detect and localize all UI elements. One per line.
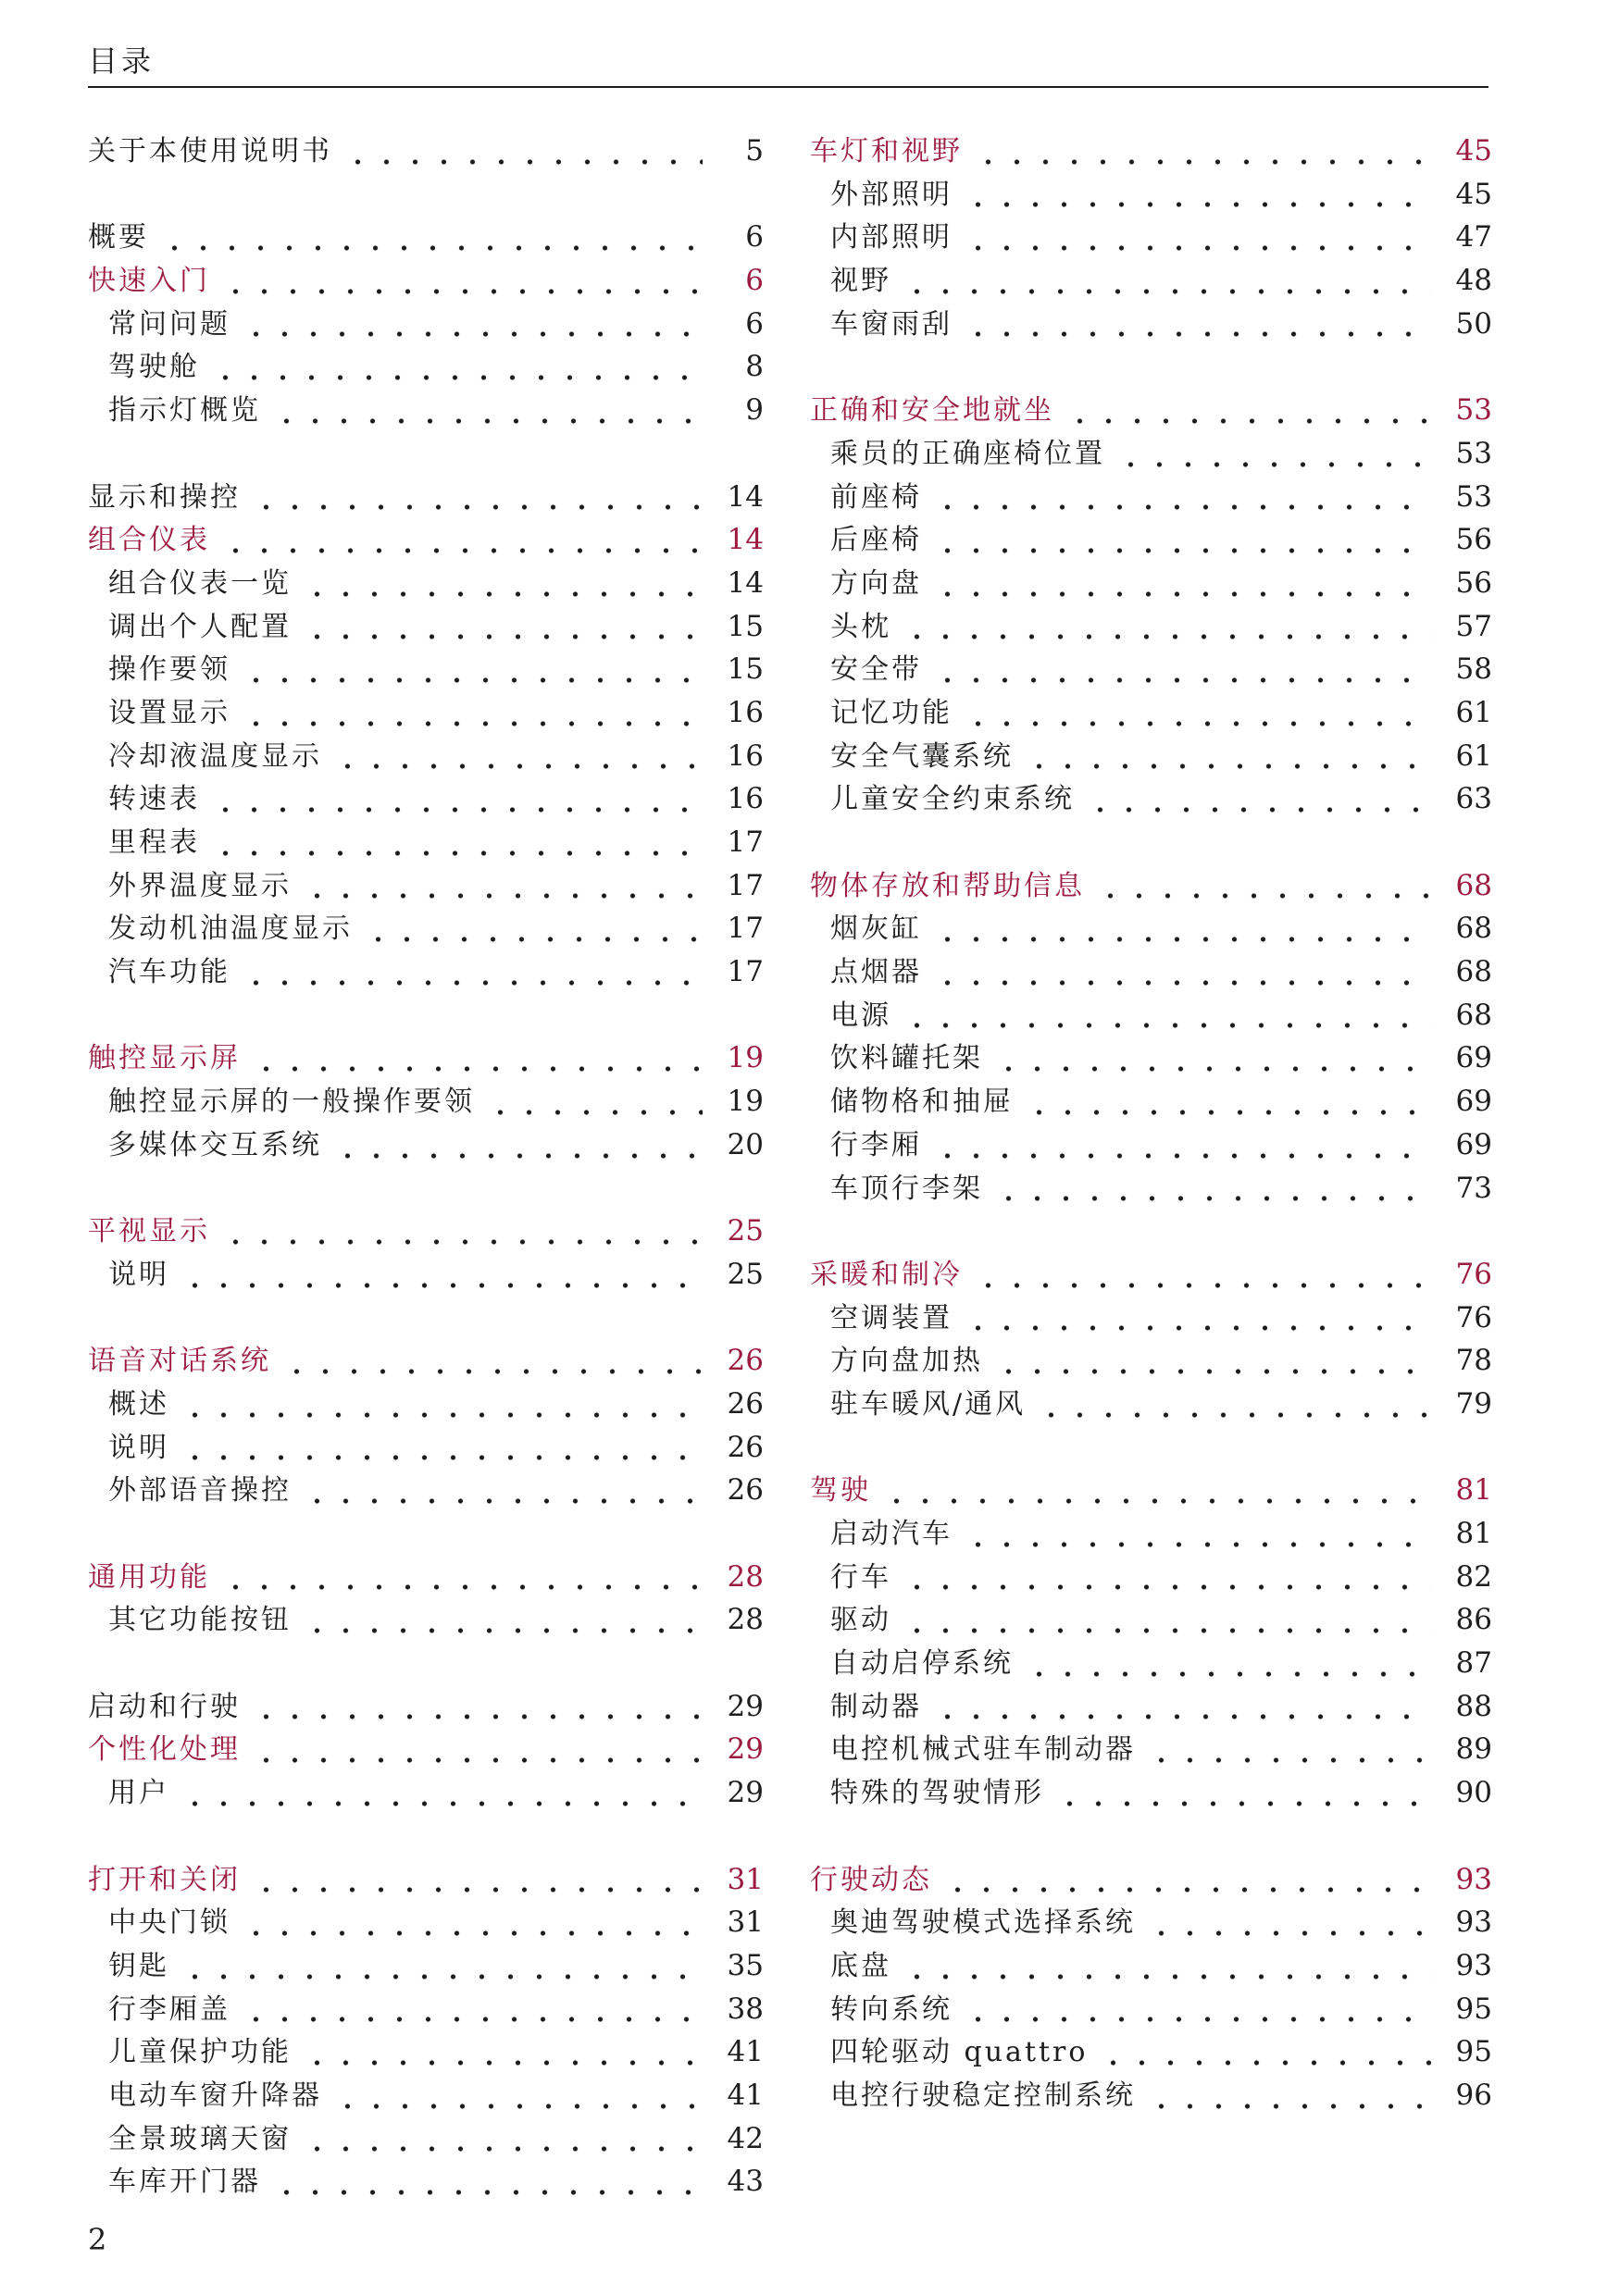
toc-entry: 正确和安全地就坐53 [810, 389, 1492, 432]
dot-leader [242, 2017, 703, 2022]
dot-leader [221, 1239, 703, 1245]
toc-entry-page: 6 [716, 216, 764, 259]
toc-entry-page: 5 [716, 130, 764, 173]
toc-entry-title: 车顶行李架 [830, 1168, 983, 1211]
dot-leader [181, 1455, 703, 1460]
toc-entry-title: 储物格和抽屉 [830, 1081, 1014, 1124]
dot-leader [964, 1542, 1431, 1547]
dot-leader [974, 1283, 1431, 1288]
toc-entry-title: 前座椅 [830, 477, 922, 520]
toc-entry: 外部照明45 [810, 173, 1492, 217]
toc-entry-page: 29 [716, 1771, 764, 1815]
toc-entry-title: 空调装置 [830, 1297, 953, 1341]
dot-leader [903, 634, 1431, 639]
toc-entry: 空调装置76 [810, 1297, 1492, 1340]
toc-entry-page: 90 [1444, 1771, 1492, 1815]
toc-entry: 快速入门6 [88, 259, 764, 303]
toc-entry-page: 19 [716, 1080, 764, 1123]
dot-leader [964, 1325, 1431, 1331]
toc-entry-page: 25 [716, 1253, 764, 1297]
dot-leader [964, 202, 1431, 207]
dot-leader [1099, 2060, 1431, 2066]
toc-entry: 指示灯概览9 [88, 389, 764, 432]
toc-entry-page: 26 [716, 1339, 764, 1383]
toc-entry-title: 底盘 [830, 1945, 891, 1989]
dot-leader [343, 159, 703, 165]
toc-entry: 多媒体交互系统20 [88, 1123, 764, 1167]
toc-entry-page: 17 [716, 821, 764, 864]
toc-entry: 点烟器68 [810, 950, 1492, 994]
toc-entry-page: 69 [1444, 1123, 1492, 1167]
toc-entry-page: 45 [1444, 173, 1492, 217]
toc-entry-title: 物体存放和帮助信息 [810, 865, 1085, 909]
toc-entry-title: 启动汽车 [830, 1513, 953, 1557]
dot-leader [994, 1066, 1431, 1072]
toc-entry-page: 26 [716, 1426, 764, 1470]
toc-entry-title: 外界温度显示 [108, 865, 292, 909]
dot-leader [242, 677, 703, 683]
toc-entry-title: 通用功能 [88, 1557, 210, 1600]
toc-entry: 车库开门器43 [88, 2160, 764, 2203]
toc-entry-page: 68 [1444, 907, 1492, 950]
toc-entry-title: 行李厢盖 [108, 1989, 230, 2032]
toc-entry: 组合仪表14 [88, 518, 764, 562]
toc-entry-title: 车库开门器 [108, 2161, 261, 2204]
toc-entry: 其它功能按钮28 [88, 1598, 764, 1642]
toc-entry-page: 41 [716, 2030, 764, 2074]
toc-entry: 关于本使用说明书5 [88, 130, 764, 173]
toc-entry-page: 14 [716, 518, 764, 562]
toc-entry: 发动机油温度显示17 [88, 907, 764, 950]
toc-entry-page: 79 [1444, 1383, 1492, 1426]
toc-entry: 转速表16 [88, 777, 764, 821]
toc-entry: 乘员的正确座椅位置53 [810, 432, 1492, 476]
toc-entry: 驾驶81 [810, 1469, 1492, 1512]
toc-entry-page: 56 [1444, 562, 1492, 605]
toc-group: 触控显示屏19触控显示屏的一般操作要领19多媒体交互系统20 [88, 1036, 764, 1166]
toc-entry-page: 17 [716, 864, 764, 908]
toc-entry: 安全带58 [810, 648, 1492, 691]
toc-entry-page: 61 [1444, 735, 1492, 778]
toc-entry-title: 常问问题 [108, 304, 230, 347]
toc-entry-title: 奥迪驾驶模式选择系统 [830, 1902, 1136, 1945]
toc-entry-page: 53 [1444, 432, 1492, 476]
dot-leader [252, 1066, 703, 1072]
toc-entry: 驾驶舱8 [88, 345, 764, 389]
toc-entry-page: 38 [716, 1988, 764, 2031]
dot-leader [252, 1887, 703, 1893]
toc-entry-title: 调出个人配置 [108, 606, 292, 650]
toc-entry-title: 乘员的正确座椅位置 [830, 433, 1105, 477]
toc-entry-page: 76 [1444, 1253, 1492, 1297]
toc-group: 平视显示25说明25 [88, 1210, 764, 1296]
toc-column-left: 关于本使用说明书5概要6快速入门6常问问题6驾驶舱8指示灯概览9显示和操控14组… [88, 130, 764, 2247]
toc-entry-title: 用户 [108, 1772, 169, 1816]
toc-entry-title: 安全带 [830, 649, 922, 692]
toc-group: 启动和行驶29个性化处理29用户29 [88, 1685, 764, 1815]
toc-entry-title: 四轮驱动 quattro [830, 2031, 1088, 2075]
dot-leader [486, 1110, 703, 1115]
dot-leader [252, 1714, 703, 1719]
toc-entry: 说明26 [88, 1426, 764, 1470]
dot-leader [933, 1714, 1431, 1719]
toc-entry-page: 9 [716, 389, 764, 432]
dot-leader [964, 2017, 1431, 2022]
toc-entry: 说明25 [88, 1253, 764, 1297]
page-title: 目录 [88, 43, 155, 80]
toc-entry: 储物格和抽屉69 [810, 1080, 1492, 1123]
toc-entry-page: 53 [1444, 476, 1492, 519]
dot-leader [933, 1153, 1431, 1159]
toc-entry: 奥迪驾驶模式选择系统93 [810, 1901, 1492, 1944]
toc-entry-title: 显示和操控 [88, 477, 241, 520]
toc-entry: 物体存放和帮助信息68 [810, 864, 1492, 908]
dot-leader [211, 807, 703, 813]
page-number: 2 [88, 2221, 106, 2258]
toc-entry-title: 车窗雨刮 [830, 304, 953, 347]
toc-entry-title: 关于本使用说明书 [88, 130, 332, 174]
toc-entry-page: 19 [716, 1036, 764, 1080]
dot-leader [211, 850, 703, 856]
toc-entry: 电控机械式驻车制动器89 [810, 1728, 1492, 1771]
dot-leader [221, 289, 703, 294]
toc-entry-title: 饮料罐托架 [830, 1037, 983, 1081]
dot-leader [303, 1628, 703, 1633]
toc-entry-page: 15 [716, 648, 764, 691]
toc-entry: 调出个人配置15 [88, 605, 764, 649]
toc-entry-page: 16 [716, 691, 764, 735]
toc-entry-title: 里程表 [108, 822, 200, 865]
dot-leader [252, 1757, 703, 1763]
toc-entry-page: 20 [716, 1123, 764, 1167]
toc-entry-title: 视野 [830, 260, 891, 304]
dot-leader [1086, 807, 1431, 813]
toc-entry-page: 25 [716, 1210, 764, 1253]
toc-entry: 行李厢盖38 [88, 1988, 764, 2031]
dot-leader [272, 2190, 703, 2195]
toc-entry-title: 组合仪表 [88, 519, 210, 563]
dot-leader [933, 937, 1431, 942]
toc-entry-page: 17 [716, 950, 764, 994]
dot-leader [903, 1584, 1431, 1590]
toc-entry-page: 68 [1444, 950, 1492, 994]
dot-leader [221, 548, 703, 553]
dot-leader [1096, 893, 1431, 899]
toc-entry: 设置显示16 [88, 691, 764, 735]
toc-entry: 视野48 [810, 259, 1492, 303]
toc-entry-page: 6 [716, 259, 764, 303]
toc-entry-title: 打开和关闭 [88, 1859, 241, 1903]
dot-leader [1065, 418, 1431, 424]
dot-leader [933, 548, 1431, 553]
toc-entry-title: 采暖和制冷 [810, 1254, 963, 1297]
toc-entry: 后座椅56 [810, 518, 1492, 562]
dot-leader [1147, 1930, 1431, 1936]
toc-entry: 儿童保护功能41 [88, 2030, 764, 2074]
toc-entry-title: 中央门锁 [108, 1902, 230, 1945]
toc-entry: 操作要领15 [88, 648, 764, 691]
dot-leader [933, 504, 1431, 510]
toc-entry: 概要6 [88, 216, 764, 259]
toc-entry: 制动器88 [810, 1685, 1492, 1729]
toc-entry: 方向盘56 [810, 562, 1492, 605]
dot-leader [1116, 462, 1431, 467]
dot-leader [994, 1196, 1431, 1201]
toc-entry-page: 93 [1444, 1944, 1492, 1988]
toc-entry: 显示和操控14 [88, 476, 764, 519]
toc-entry-page: 16 [716, 735, 764, 778]
dot-leader [211, 375, 703, 380]
toc-entry: 安全气囊系统61 [810, 735, 1492, 778]
toc-entry-title: 车灯和视野 [810, 130, 963, 174]
toc-entry-page: 93 [1444, 1901, 1492, 1944]
toc-entry-title: 触控显示屏的一般操作要领 [108, 1081, 475, 1124]
toc-entry-page: 29 [716, 1728, 764, 1771]
toc-entry: 车顶行李架73 [810, 1167, 1492, 1210]
toc-entry-title: 内部照明 [830, 217, 953, 260]
toc-entry-page: 96 [1444, 2074, 1492, 2117]
toc-entry-page: 47 [1444, 216, 1492, 259]
dot-leader [1055, 1801, 1431, 1806]
toc-group: 正确和安全地就坐53乘员的正确座椅位置53前座椅53后座椅56方向盘56头枕57… [810, 389, 1492, 821]
dot-leader [181, 1412, 703, 1418]
toc-entry-title: 个性化处理 [88, 1729, 241, 1772]
toc-entry-page: 26 [716, 1469, 764, 1512]
toc-entry-title: 点烟器 [830, 951, 922, 995]
toc-entry-title: 冷却液温度显示 [108, 736, 322, 779]
toc-entry: 采暖和制冷76 [810, 1253, 1492, 1297]
toc-entry-title: 驾驶 [810, 1470, 871, 1513]
toc-entry-page: 31 [716, 1858, 764, 1902]
dot-leader [964, 721, 1431, 726]
toc-entry-page: 8 [716, 345, 764, 389]
toc-entry-title: 指示灯概览 [108, 390, 261, 433]
toc-entry-title: 制动器 [830, 1686, 922, 1730]
dot-leader [1037, 1412, 1431, 1418]
toc-entry-title: 汽车功能 [108, 951, 230, 995]
toc-entry: 钥匙35 [88, 1944, 764, 1988]
toc-entry: 打开和关闭31 [88, 1858, 764, 1902]
toc-entry-title: 发动机油温度显示 [108, 908, 353, 951]
toc-group: 驾驶81启动汽车81行车82驱动86自动启停系统87制动器88电控机械式驻车制动… [810, 1469, 1492, 1815]
toc-entry: 触控显示屏19 [88, 1036, 764, 1080]
toc-entry: 行李厢69 [810, 1123, 1492, 1167]
dot-leader [252, 504, 703, 510]
toc-entry: 用户29 [88, 1771, 764, 1815]
toc-entry-page: 48 [1444, 259, 1492, 303]
toc-entry-title: 概要 [88, 217, 149, 260]
toc-entry-title: 特殊的驾驶情形 [830, 1772, 1044, 1816]
toc-entry: 头枕57 [810, 605, 1492, 649]
toc-entry-page: 42 [716, 2117, 764, 2161]
toc-entry-title: 外部语音操控 [108, 1470, 292, 1513]
toc-entry: 特殊的驾驶情形90 [810, 1771, 1492, 1815]
toc-entry-page: 43 [716, 2160, 764, 2203]
dot-leader [181, 1974, 703, 1980]
toc-entry: 里程表17 [88, 821, 764, 864]
toc-entry: 饮料罐托架69 [810, 1036, 1492, 1080]
toc-entry: 个性化处理29 [88, 1728, 764, 1771]
toc-entry-page: 93 [1444, 1858, 1492, 1902]
toc-entry: 启动和行驶29 [88, 1685, 764, 1729]
dot-leader [1025, 1671, 1431, 1677]
dot-leader [160, 245, 703, 251]
dot-leader [1147, 2104, 1431, 2109]
toc-group: 通用功能28其它功能按钮28 [88, 1556, 764, 1642]
dot-leader [272, 418, 703, 424]
toc-entry: 电动车窗升降器41 [88, 2074, 764, 2117]
dot-leader [1147, 1757, 1431, 1763]
toc-entry-title: 概述 [108, 1384, 169, 1427]
toc-entry-title: 启动和行驶 [88, 1686, 241, 1730]
toc-entry: 底盘93 [810, 1944, 1492, 1988]
toc-entry-title: 头枕 [830, 606, 891, 650]
toc-entry-page: 87 [1444, 1642, 1492, 1685]
toc-entry-page: 28 [716, 1598, 764, 1642]
toc-entry-title: 外部照明 [830, 174, 953, 217]
dot-leader [181, 1283, 703, 1288]
toc-entry: 冷却液温度显示16 [88, 735, 764, 778]
toc-entry: 儿童安全约束系统63 [810, 777, 1492, 821]
toc-entry-title: 自动启停系统 [830, 1643, 1014, 1686]
toc-entry: 电控行驶稳定控制系统96 [810, 2074, 1492, 2117]
toc-entry-page: 14 [716, 562, 764, 605]
toc-entry-title: 行车 [830, 1557, 891, 1600]
dot-leader [242, 331, 703, 337]
toc-entry: 方向盘加热78 [810, 1339, 1492, 1383]
toc-entry: 烟灰缸68 [810, 907, 1492, 950]
toc-entry: 驱动86 [810, 1598, 1492, 1642]
toc-entry: 语音对话系统26 [88, 1339, 764, 1383]
toc-entry-page: 69 [1444, 1036, 1492, 1080]
toc-entry-title: 驾驶舱 [108, 346, 200, 390]
toc-entry-title: 记忆功能 [830, 692, 953, 736]
toc-entry-title: 多媒体交互系统 [108, 1124, 322, 1168]
toc-entry-title: 设置显示 [108, 692, 230, 736]
toc-entry-title: 转向系统 [830, 1989, 953, 2032]
toc-entry: 行车82 [810, 1556, 1492, 1599]
toc-entry-page: 35 [716, 1944, 764, 1988]
toc-entry-page: 68 [1444, 864, 1492, 908]
toc-entry-title: 方向盘 [830, 563, 922, 606]
dot-leader [242, 721, 703, 726]
toc-entry-page: 31 [716, 1901, 764, 1944]
toc-entry-title: 电动车窗升降器 [108, 2075, 322, 2118]
dot-leader [1025, 1110, 1431, 1115]
toc-entry-title: 行李厢 [830, 1124, 922, 1168]
dot-leader [964, 245, 1431, 251]
toc-entry-title: 说明 [108, 1254, 169, 1297]
toc-entry-title: 电控机械式驻车制动器 [830, 1729, 1136, 1772]
toc-entry: 中央门锁31 [88, 1901, 764, 1944]
toc-entry-title: 组合仪表一览 [108, 563, 292, 606]
toc-entry-title: 行驶动态 [810, 1859, 932, 1903]
toc-entry-page: 45 [1444, 130, 1492, 173]
toc-entry-title: 安全气囊系统 [830, 736, 1014, 779]
toc-group: 车灯和视野45外部照明45内部照明47视野48车窗雨刮50 [810, 130, 1492, 345]
toc-entry: 记忆功能61 [810, 691, 1492, 735]
toc-entry-page: 95 [1444, 2030, 1492, 2074]
toc-group: 概要6快速入门6常问问题6驾驶舱8指示灯概览9 [88, 216, 764, 431]
toc-entry-page: 81 [1444, 1469, 1492, 1512]
toc-entry-page: 50 [1444, 303, 1492, 346]
dot-leader [303, 893, 703, 899]
toc-entry: 通用功能28 [88, 1556, 764, 1599]
toc-entry-page: 82 [1444, 1556, 1492, 1599]
dot-leader [974, 159, 1431, 165]
dot-leader [303, 1498, 703, 1504]
toc-entry-page: 73 [1444, 1167, 1492, 1210]
dot-leader [903, 1974, 1431, 1980]
toc-entry-title: 电控行驶稳定控制系统 [830, 2075, 1136, 2118]
toc-group: 显示和操控14组合仪表14组合仪表一览14调出个人配置15操作要领15设置显示1… [88, 476, 764, 994]
toc-entry: 转向系统95 [810, 1988, 1492, 2031]
toc-entry: 内部照明47 [810, 216, 1492, 259]
toc-entry-page: 15 [716, 605, 764, 649]
toc-entry-title: 儿童安全约束系统 [830, 778, 1075, 822]
dot-leader [303, 2060, 703, 2066]
toc-entry-page: 88 [1444, 1685, 1492, 1729]
toc-entry-title: 烟灰缸 [830, 908, 922, 951]
toc-entry-page: 69 [1444, 1080, 1492, 1123]
toc-entry-title: 驱动 [830, 1599, 891, 1643]
toc-group: 采暖和制冷76空调装置76方向盘加热78驻车暖风/通风79 [810, 1253, 1492, 1426]
dot-leader [964, 331, 1431, 337]
dot-leader [903, 1628, 1431, 1633]
toc-entry: 触控显示屏的一般操作要领19 [88, 1080, 764, 1123]
toc-entry: 外部语音操控26 [88, 1469, 764, 1512]
dot-leader [933, 591, 1431, 597]
toc-entry-page: 81 [1444, 1512, 1492, 1556]
toc-group: 打开和关闭31中央门锁31钥匙35行李厢盖38儿童保护功能41电动车窗升降器41… [88, 1858, 764, 2204]
toc-entry: 行驶动态93 [810, 1858, 1492, 1902]
toc-entry: 启动汽车81 [810, 1512, 1492, 1556]
toc-entry-page: 56 [1444, 518, 1492, 562]
toc-entry-page: 29 [716, 1685, 764, 1729]
toc-entry: 概述26 [88, 1383, 764, 1426]
toc-entry-title: 全景玻璃天窗 [108, 2118, 292, 2162]
dot-leader [303, 2146, 703, 2152]
toc-entry: 前座椅53 [810, 476, 1492, 519]
toc-group: 行驶动态93奥迪驾驶模式选择系统93底盘93转向系统95四轮驱动 quattro… [810, 1858, 1492, 2117]
dot-leader [181, 1801, 703, 1806]
toc-entry: 电源68 [810, 994, 1492, 1037]
toc-entry-page: 17 [716, 907, 764, 950]
toc-entry-page: 26 [716, 1383, 764, 1426]
toc-entry: 驻车暖风/通风79 [810, 1383, 1492, 1426]
dot-leader [333, 763, 703, 769]
toc-entry-page: 41 [716, 2074, 764, 2117]
toc-entry-title: 方向盘加热 [830, 1340, 983, 1384]
dot-leader [933, 980, 1431, 986]
toc-entry-page: 6 [716, 303, 764, 346]
toc-entry: 平视显示25 [88, 1210, 764, 1253]
dot-leader [933, 677, 1431, 683]
dot-leader [364, 937, 703, 942]
toc-entry-page: 86 [1444, 1598, 1492, 1642]
toc-entry-title: 儿童保护功能 [108, 2031, 292, 2075]
toc-entry-page: 63 [1444, 777, 1492, 821]
toc-entry-title: 电源 [830, 995, 891, 1038]
toc-entry: 外界温度显示17 [88, 864, 764, 908]
toc-entry-title: 其它功能按钮 [108, 1599, 292, 1643]
toc-entry-title: 触控显示屏 [88, 1037, 241, 1081]
dot-leader [221, 1584, 703, 1590]
toc-entry-page: 89 [1444, 1728, 1492, 1771]
dot-leader [943, 1887, 1431, 1893]
toc-entry-title: 后座椅 [830, 519, 922, 563]
dot-leader [282, 1369, 703, 1374]
